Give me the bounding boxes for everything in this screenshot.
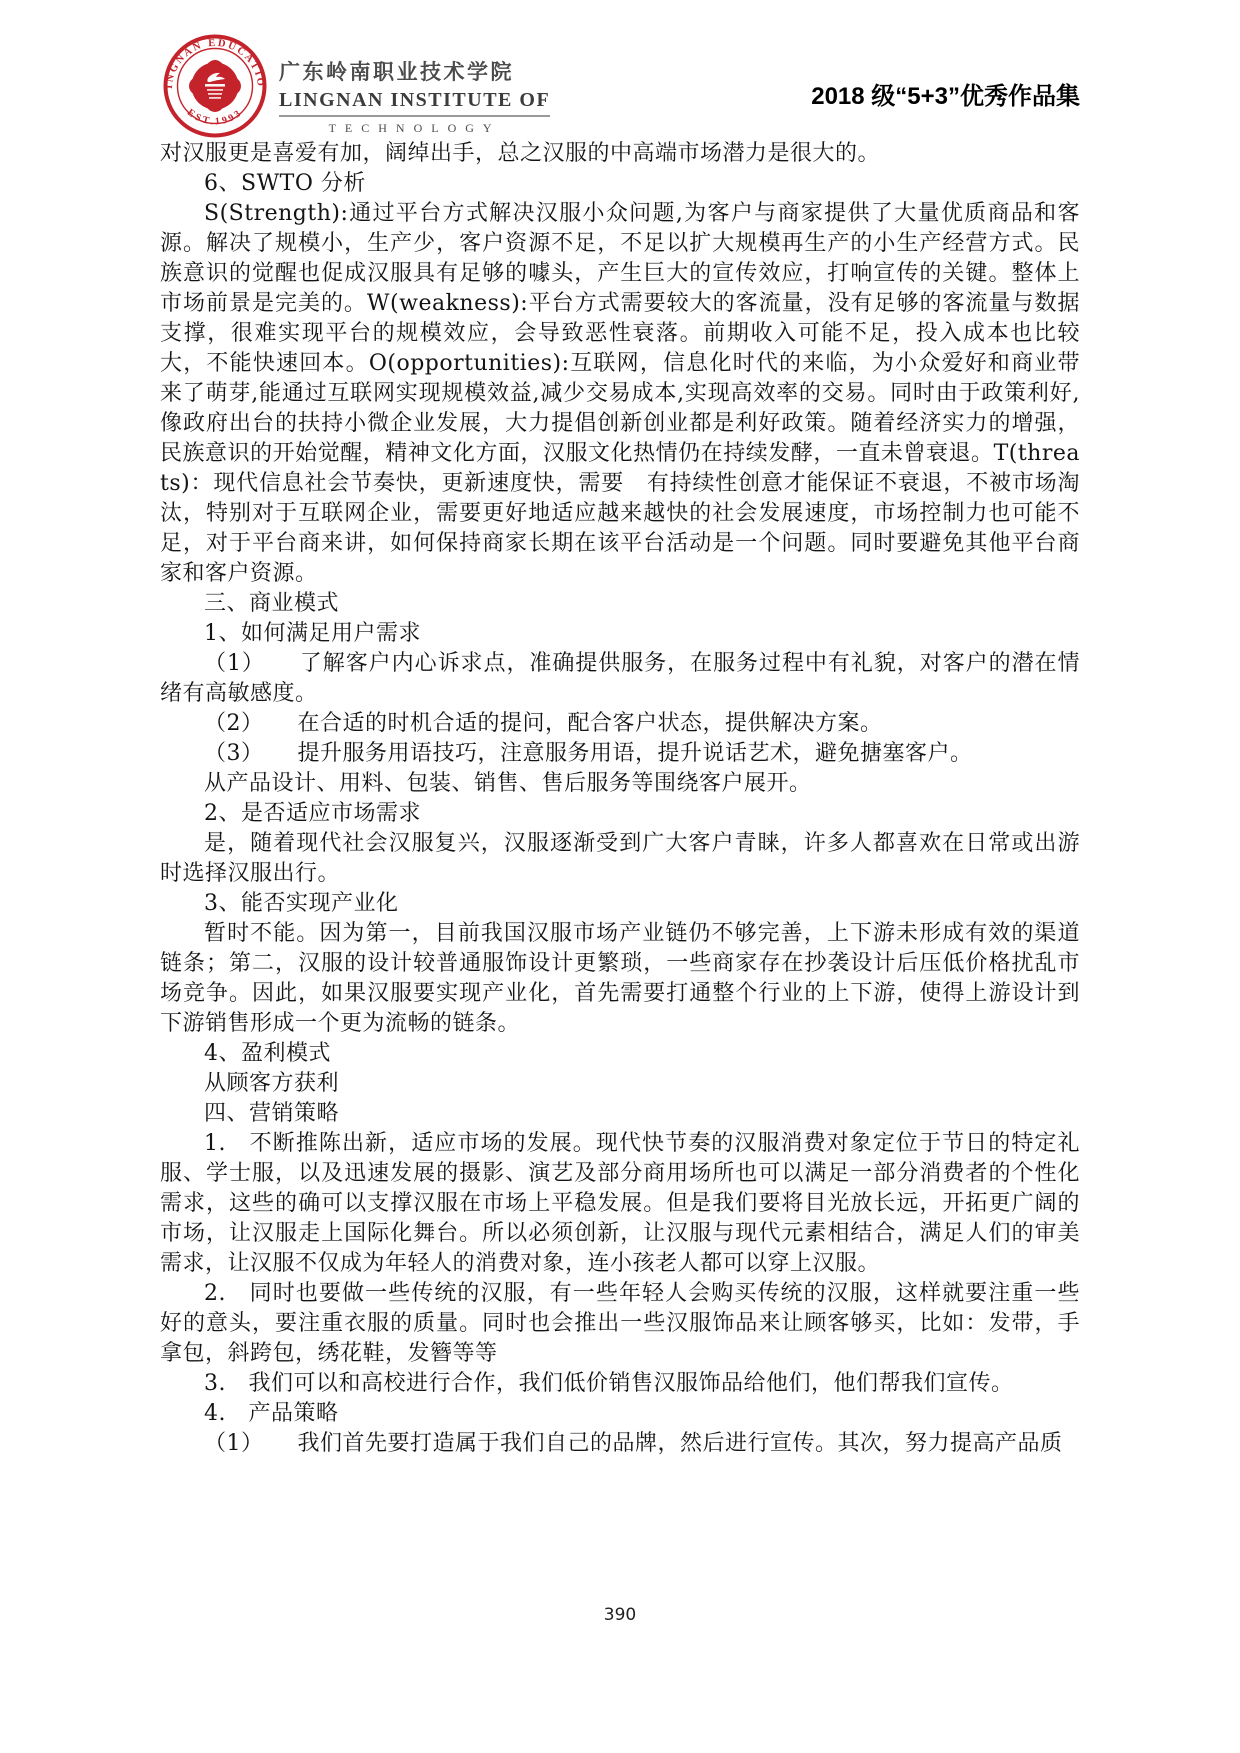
paragraph: 2、是否适应市场需求 [160,799,1080,829]
document-page: LINGNAN EDUCATION EST.1993 广东岭南职业技术学院 LI… [0,0,1240,1753]
institution-lockup: 广东岭南职业技术学院 LINGNAN INSTITUTE OF TECHNOLO… [279,34,550,136]
paragraph: 4、盈利模式 [160,1039,1080,1069]
paragraph: 对汉服更是喜爱有加，阔绰出手，总之汉服的中高端市场潜力是很大的。 [160,139,1080,169]
page-number: 390 [0,1605,1240,1625]
paragraph: 1、如何满足用户需求 [160,619,1080,649]
paragraph: （1） 了解客户内心诉求点，准确提供服务，在服务过程中有礼貌，对客户的潜在情绪有… [160,649,1080,709]
page-header: LINGNAN EDUCATION EST.1993 广东岭南职业技术学院 LI… [163,34,550,138]
document-body: 对汉服更是喜爱有加，阔绰出手，总之汉服的中高端市场潜力是很大的。6、SWTO 分… [160,139,1080,1459]
paragraph: （2） 在合适的时机合适的提问，配合客户状态，提供解决方案。 [160,709,1080,739]
paragraph: 6、SWTO 分析 [160,169,1080,199]
institution-name-english-line1: LINGNAN INSTITUTE OF [279,89,550,117]
paragraph: 三、商业模式 [160,589,1080,619]
collection-title: 2018 级“5+3”优秀作品集 [811,76,1080,111]
paragraph: S(Strength):通过平台方式解决汉服小众问题,为客户与商家提供了大量优质… [160,199,1080,589]
paragraph: 暂时不能。因为第一，目前我国汉服市场产业链仍不够完善，上下游未形成有效的渠道链条… [160,919,1080,1039]
paragraph: 从顾客方获利 [160,1069,1080,1099]
paragraph: 四、营销策略 [160,1099,1080,1129]
lingnan-education-seal-icon: LINGNAN EDUCATION EST.1993 [163,34,267,138]
paragraph: 3、能否实现产业化 [160,889,1080,919]
paragraph: 1. 不断推陈出新，适应市场的发展。现代快节奏的汉服消费对象定位于节日的特定礼服… [160,1129,1080,1279]
paragraph: 是，随着现代社会汉服复兴，汉服逐渐受到广大客户青睐，许多人都喜欢在日常或出游时选… [160,829,1080,889]
institution-name-english-line2: TECHNOLOGY [279,121,550,136]
institution-name-chinese: 广东岭南职业技术学院 [279,56,550,86]
paragraph: 4. 产品策略 [160,1399,1080,1429]
paragraph: 从产品设计、用料、包装、销售、售后服务等围绕客户展开。 [160,769,1080,799]
paragraph: （1） 我们首先要打造属于我们自己的品牌，然后进行宣传。其次，努力提高产品质 [160,1429,1080,1459]
paragraph: 2. 同时也要做一些传统的汉服，有一些年轻人会购买传统的汉服，这样就要注重一些好… [160,1279,1080,1369]
paragraph: （3） 提升服务用语技巧，注意服务用语，提升说话艺术，避免搪塞客户。 [160,739,1080,769]
paragraph: 3. 我们可以和高校进行合作，我们低价销售汉服饰品给他们，他们帮我们宣传。 [160,1369,1080,1399]
